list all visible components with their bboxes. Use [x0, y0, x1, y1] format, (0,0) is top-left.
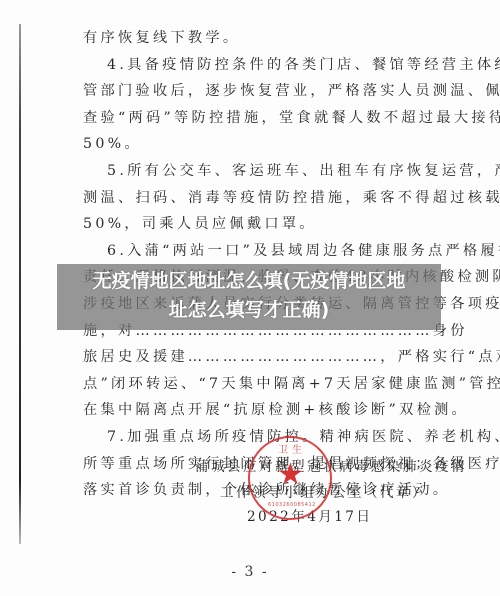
- star-icon: ★: [277, 460, 304, 490]
- text-line: 旅居史及援建……………………………，严格实行“点对: [83, 344, 428, 371]
- text-line: 50%，司乘人员应佩戴口罩。: [83, 211, 428, 238]
- text-line: 点”闭环转运、“7天集中隔离+7天居家健康监测”管控措施，: [83, 371, 428, 398]
- text-line: 有序恢复线下教学。: [83, 25, 428, 52]
- seal-top-text: 卫生: [278, 441, 306, 456]
- text-line: 查验“两码”等防控措施，堂食就餐人数不超过最大接待量的: [83, 105, 428, 132]
- text-line: 5.所有公交车、客运班车、出租车有序恢复运营，严格落实: [83, 158, 428, 185]
- scan-edge-line: [19, 24, 21, 544]
- document-page: 有序恢复线下教学。 4.具备疫情防控条件的各类门店、餐馆等经营主体经行业主 管部…: [0, 0, 500, 596]
- page-number: - 3 -: [0, 564, 500, 580]
- text-line: 7.加强重点场所疫情防控。精神病医院、养老机构、羁押场: [83, 424, 428, 451]
- text-line: 4.具备疫情防控条件的各类门店、餐馆等经营主体经行业主: [83, 52, 428, 79]
- text-line: 50%。: [83, 131, 428, 158]
- text-line: 在集中隔离点开展“抗原检测+核酸诊断”双检测。: [83, 397, 428, 424]
- text-line: 管部门验收后，逐步恢复营业，严格落实人员测温、佩戴口罩、: [83, 78, 428, 105]
- official-seal: 卫生 ★ 6103260085412: [248, 436, 332, 520]
- signature-org-line-1: 蒲城县应对新型冠状病毒感染肺炎疫情: [195, 455, 500, 475]
- title-overlay-banner: 无疫情地区地址怎么填(无疫情地区地 址怎么填写才正确): [57, 264, 441, 330]
- overlay-title: 无疫情地区地址怎么填(无疫情地区地 址怎么填写才正确): [57, 267, 441, 325]
- seal-code: 6103260085412: [268, 502, 316, 508]
- overlay-title-line-2: 址怎么填写才正确): [57, 296, 441, 325]
- overlay-title-line-1: 无疫情地区地址怎么填(无疫情地区地: [57, 267, 441, 296]
- text-line: 测温、扫码、消毒等疫情防控措施，乘客不得超过核载人数的: [83, 185, 428, 212]
- text-line: 6.入蒲“两站一口”及县域周边各健康服务点严格履行查验: [83, 238, 428, 265]
